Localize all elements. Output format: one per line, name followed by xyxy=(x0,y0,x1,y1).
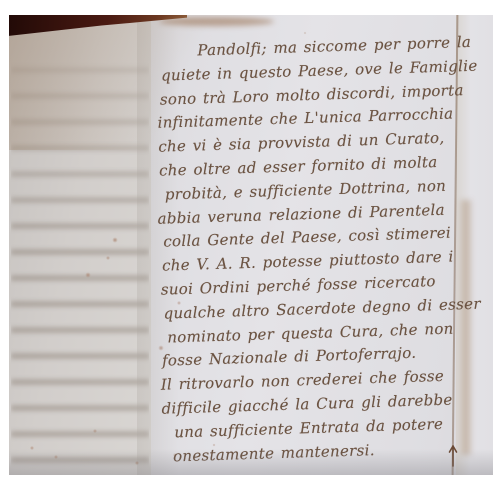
bottom-shadow xyxy=(9,449,493,475)
handwritten-text-block: Pandolfi; ma siccome per porre la quiete… xyxy=(147,31,490,469)
manuscript-photo: Pandolfi; ma siccome per porre la quiete… xyxy=(9,15,493,475)
screenshot-stage: Pandolfi; ma siccome per porre la quiete… xyxy=(0,0,503,490)
